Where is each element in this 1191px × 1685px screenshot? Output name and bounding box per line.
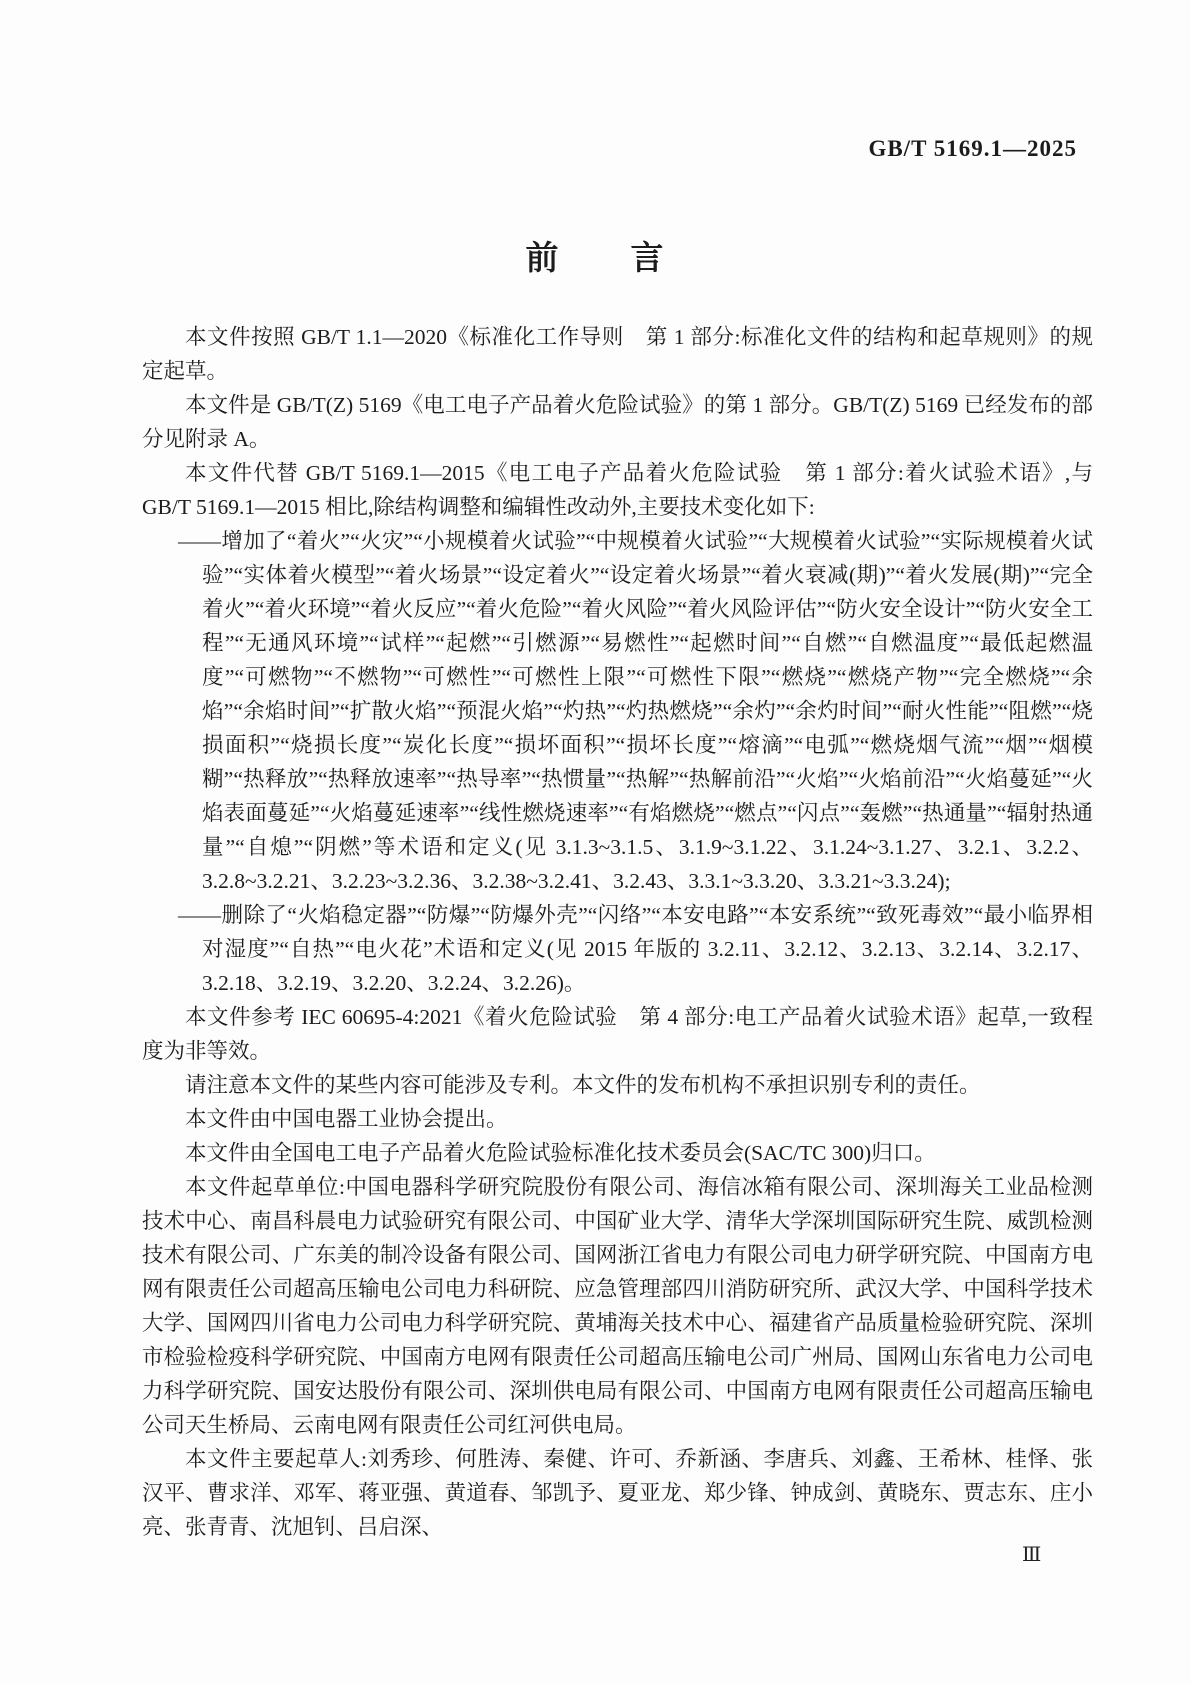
page-number: Ⅲ: [1022, 1542, 1041, 1567]
foreword-paragraph-drafters: 本文件主要起草人:刘秀珍、何胜涛、秦健、许可、乔新涵、李唐兵、刘鑫、王希林、桂怿…: [142, 1442, 1093, 1544]
foreword-paragraph: 本文件由全国电工电子产品着火危险试验标准化技术委员会(SAC/TC 300)归口…: [142, 1136, 1093, 1170]
document-page: GB/T 5169.1—2025 前 言 本文件按照 GB/T 1.1—2020…: [0, 0, 1191, 1685]
change-list-item-added: ——增加了“着火”“火灾”“小规模着火试验”“中规模着火试验”“大规模着火试验”…: [142, 524, 1093, 898]
page-title: 前 言: [0, 232, 1191, 279]
foreword-paragraph: 本文件参考 IEC 60695-4:2021《着火危险试验 第 4 部分:电工产…: [142, 1000, 1093, 1068]
standard-number-header: GB/T 5169.1—2025: [868, 136, 1077, 162]
foreword-paragraph: 本文件由中国电器工业协会提出。: [142, 1102, 1093, 1136]
foreword-paragraph-drafting-units: 本文件起草单位:中国电器科学研究院股份有限公司、海信冰箱有限公司、深圳海关工业品…: [142, 1170, 1093, 1442]
change-list-item-deleted: ——删除了“火焰稳定器”“防爆”“防爆外壳”“闪络”“本安电路”“本安系统”“致…: [142, 898, 1093, 1000]
foreword-paragraph: 请注意本文件的某些内容可能涉及专利。本文件的发布机构不承担识别专利的责任。: [142, 1068, 1093, 1102]
foreword-paragraph: 本文件代替 GB/T 5169.1—2015《电工电子产品着火危险试验 第 1 …: [142, 456, 1093, 524]
foreword-paragraph: 本文件是 GB/T(Z) 5169《电工电子产品着火危险试验》的第 1 部分。G…: [142, 388, 1093, 456]
foreword-body: 本文件按照 GB/T 1.1—2020《标准化工作导则 第 1 部分:标准化文件…: [142, 320, 1093, 1544]
foreword-paragraph: 本文件按照 GB/T 1.1—2020《标准化工作导则 第 1 部分:标准化文件…: [142, 320, 1093, 388]
